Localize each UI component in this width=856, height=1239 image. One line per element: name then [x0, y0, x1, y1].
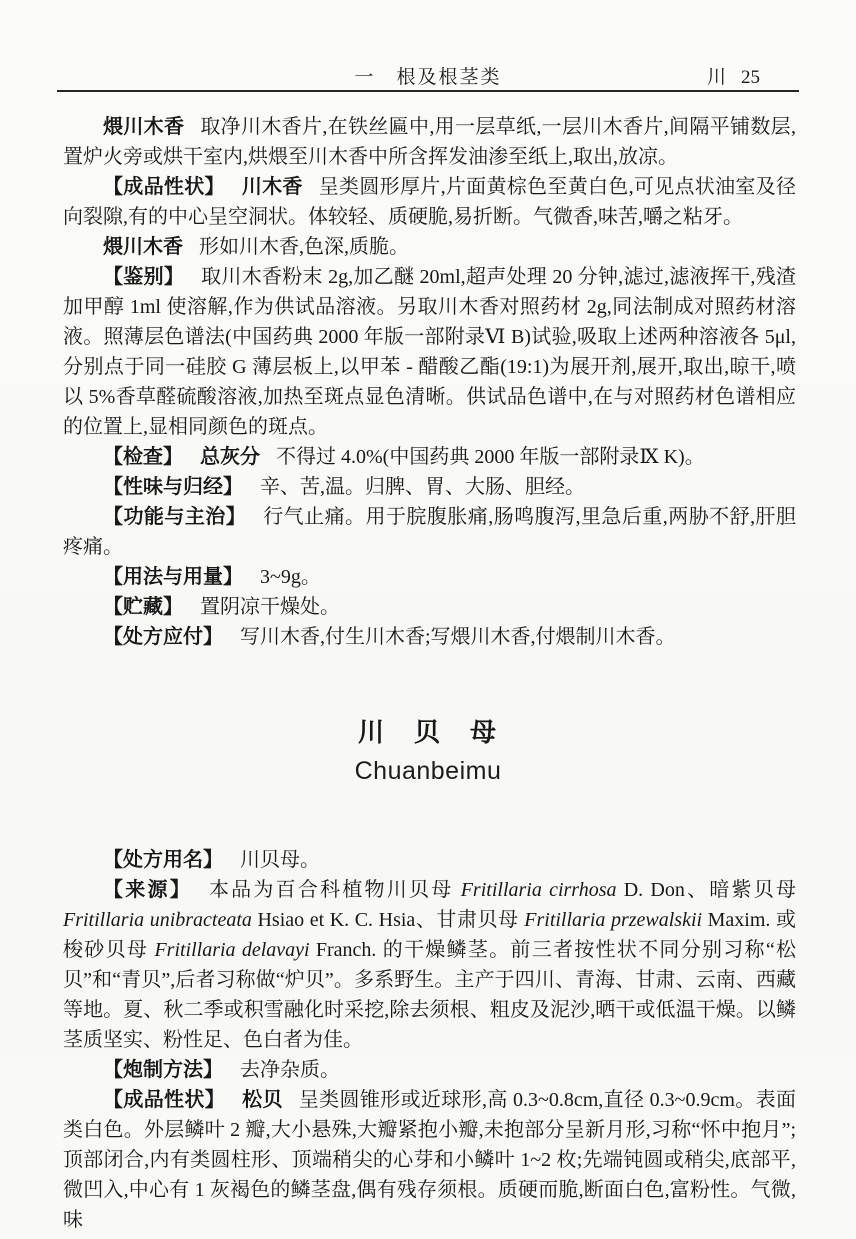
- jianbie-label: 【鉴别】: [103, 266, 184, 288]
- monograph-chuanbeimu-section: 【处方用名】川贝母。 【来源】本品为百合科植物川贝母 Fritillaria c…: [63, 845, 796, 1235]
- laiyuan-run-4: Hsiao et K. C. Hsia、甘肃贝母: [252, 909, 524, 931]
- paragraph-chufang-yingfu: 【处方应付】写川木香,付生川木香;写煨川木香,付煨制川木香。: [63, 622, 796, 652]
- paragraph-paozhi-fangfa: 【炮制方法】去净杂质。: [63, 1055, 796, 1085]
- jianbie-text: 取川木香粉末 2g,加乙醚 20ml,超声处理 20 分钟,滤过,滤液挥干,残渣…: [63, 266, 796, 438]
- chapter-title: 一 根及根茎类: [63, 62, 793, 89]
- paragraph-chengpin-songbei: 【成品性状】松贝呈类圆锥形或近球形,高 0.3~0.8cm,直径 0.3~0.9…: [63, 1085, 796, 1235]
- paragraph-zhucang: 【贮藏】置阴凉干燥处。: [63, 592, 796, 622]
- page-number: 25: [741, 67, 760, 88]
- header-rule: [57, 90, 799, 92]
- chengpin-label: 【成品性状】: [103, 176, 225, 198]
- xingwei-label: 【性味与归经】: [103, 476, 243, 498]
- laiyuan-run-0: 本品为百合科植物川贝母: [209, 879, 461, 901]
- wei-desc-lead: 煨川木香: [103, 236, 183, 258]
- paozhi-label: 【炮制方法】: [103, 1059, 223, 1081]
- chengpin-sublead: 川木香: [242, 176, 303, 198]
- jiancha-sublead: 总灰分: [200, 446, 260, 468]
- latin-name-przewalskii: Fritillaria przewalskii: [524, 909, 702, 931]
- monograph-pinyin: Chuanbeimu: [0, 757, 856, 786]
- wei-method-lead: 煨川木香: [103, 116, 184, 138]
- chufangyongming-label: 【处方用名】: [103, 849, 223, 871]
- paragraph-gongneng-zhuzhi: 【功能与主治】行气止痛。用于脘腹胀痛,肠鸣腹泻,里急后重,两胁不舒,肝胆疼痛。: [63, 502, 796, 562]
- yongfa-text: 3~9g。: [260, 566, 321, 588]
- paragraph-laiyuan: 【来源】本品为百合科植物川贝母 Fritillaria cirrhosa D. …: [63, 875, 796, 1055]
- monograph-chuanmuxiang-section: 煨川木香取净川木香片,在铁丝匾中,用一层草纸,一层川木香片,间隔平铺数层,置炉火…: [63, 112, 796, 652]
- paragraph-chufang-yongming: 【处方用名】川贝母。: [63, 845, 796, 875]
- paragraph-xingwei-guijing: 【性味与归经】辛、苦,温。归脾、胃、大肠、胆经。: [63, 472, 796, 502]
- latin-name-cirrhosa: Fritillaria cirrhosa: [461, 879, 617, 901]
- latin-name-unibracteata: Fritillaria unibracteata: [63, 909, 252, 931]
- paragraph-wei-desc: 煨川木香形如川木香,色深,质脆。: [63, 232, 796, 262]
- jiancha-text: 不得过 4.0%(中国药典 2000 年版一部附录Ⅸ K)。: [276, 446, 705, 468]
- chufangyongming-text: 川贝母。: [240, 849, 320, 871]
- page-number-group: 川25: [707, 62, 760, 89]
- chufang-label: 【处方应付】: [103, 626, 223, 648]
- wei-desc-text: 形如川木香,色深,质脆。: [199, 236, 409, 258]
- laiyuan-label: 【来源】: [103, 879, 192, 901]
- paragraph-jianbie: 【鉴别】取川木香粉末 2g,加乙醚 20ml,超声处理 20 分钟,滤过,滤液挥…: [63, 262, 796, 442]
- yongfa-label: 【用法与用量】: [103, 566, 243, 588]
- zhucang-text: 置阴凉干燥处。: [200, 596, 340, 618]
- gongneng-label: 【功能与主治】: [103, 506, 246, 528]
- zhucang-label: 【贮藏】: [103, 596, 183, 618]
- volume-char: 川: [707, 67, 726, 88]
- chengpin-songbei-label: 【成品性状】: [103, 1089, 225, 1111]
- paozhi-text: 去净杂质。: [240, 1059, 340, 1081]
- xingwei-text: 辛、苦,温。归脾、胃、大肠、胆经。: [260, 476, 585, 498]
- laiyuan-run-2: D. Don、暗紫贝母: [617, 879, 797, 901]
- monograph-title: 川 贝 母: [0, 712, 856, 749]
- chufang-text: 写川木香,付生川木香;写煨川木香,付煨制川木香。: [240, 626, 676, 648]
- paragraph-jiancha: 【检查】总灰分不得过 4.0%(中国药典 2000 年版一部附录Ⅸ K)。: [63, 442, 796, 472]
- paragraph-chengpin-xingzhuang: 【成品性状】川木香呈类圆形厚片,片面黄棕色至黄白色,可见点状油室及径向裂隙,有的…: [63, 172, 796, 232]
- chuanbeimu-title-block: 川 贝 母 Chuanbeimu: [0, 712, 856, 786]
- page-header: 一 根及根茎类 川25: [63, 62, 793, 88]
- paragraph-yongfa-yongliang: 【用法与用量】3~9g。: [63, 562, 796, 592]
- latin-name-delavayi: Fritillaria delavayi: [154, 939, 309, 961]
- jiancha-label: 【检查】: [103, 446, 183, 468]
- chengpin-songbei-sublead: 松贝: [242, 1089, 283, 1111]
- paragraph-wei-method: 煨川木香取净川木香片,在铁丝匾中,用一层草纸,一层川木香片,间隔平铺数层,置炉火…: [63, 112, 796, 172]
- book-page: 一 根及根茎类 川25 煨川木香取净川木香片,在铁丝匾中,用一层草纸,一层川木香…: [0, 0, 856, 1239]
